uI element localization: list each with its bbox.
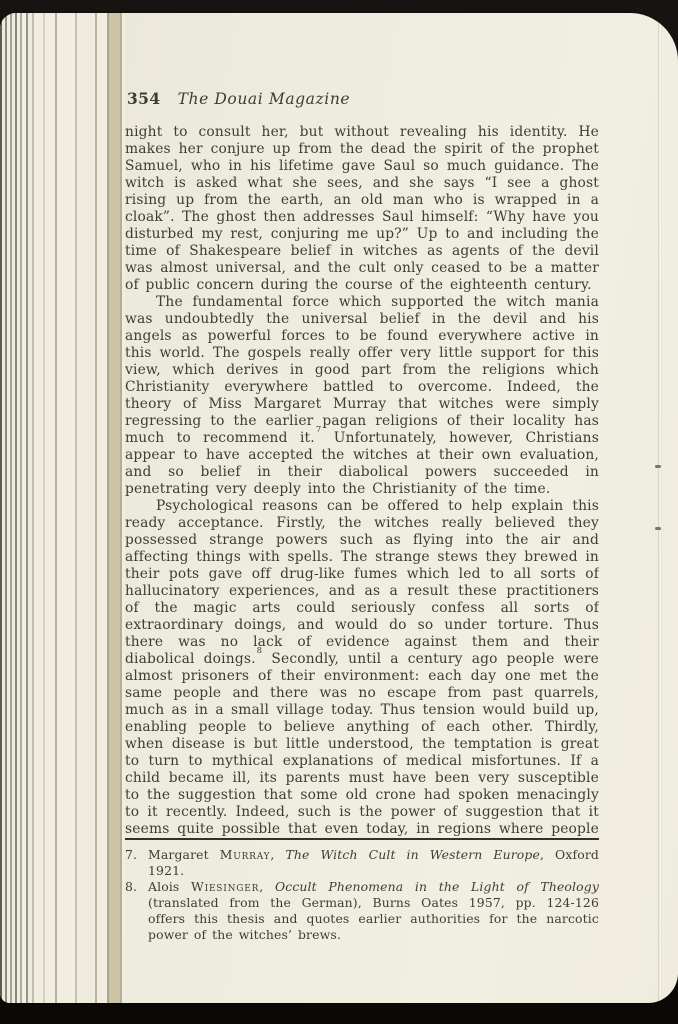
- paragraph-3: Psychological reasons can be offered to …: [125, 498, 599, 840]
- paragraph-2-text-before: The fundamental force which supported th…: [125, 294, 599, 446]
- footnote-item-8: 8. Alois Wiesinger, Occult Phenomena in …: [125, 879, 599, 943]
- paragraph-3-text-before: Psychological reasons can be offered to …: [125, 498, 599, 667]
- body-text: night to consult her, but without reveal…: [125, 124, 599, 840]
- footnote-ref-8: 8: [257, 646, 263, 656]
- magazine-title: The Douai Magazine: [178, 90, 351, 108]
- page-edge-crease: [658, 13, 662, 1003]
- paragraph-1: night to consult her, but without reveal…: [125, 124, 599, 294]
- footnote-7-separator: ,: [270, 847, 285, 862]
- footnote-8-author-pre: Alois: [148, 879, 191, 894]
- footnote-number-7: 7.: [125, 847, 137, 863]
- footnote-7-work-title: The Witch Cult in Western Europe: [285, 847, 540, 862]
- paragraph-3-text-after: Secondly, until a century ago people wer…: [125, 651, 599, 840]
- scanned-book-photo: 354The Douai Magazine night to consult h…: [0, 0, 678, 1024]
- footnote-7-author-pre: Margaret: [148, 847, 220, 862]
- footnote-rule: [125, 838, 599, 840]
- page-binding-edge: [0, 13, 125, 1003]
- footnote-ref-7: 7: [316, 425, 322, 435]
- stitch-mark-top: [655, 465, 661, 468]
- footnote-8-rest: (translated from the German), Burns Oate…: [148, 895, 599, 942]
- running-header: 354The Douai Magazine: [127, 89, 350, 108]
- footnote-8-author-smallcaps: Wiesinger: [191, 879, 259, 894]
- footnote-7-author-smallcaps: Murray: [220, 847, 271, 862]
- book-page: 354The Douai Magazine night to consult h…: [0, 13, 678, 1003]
- footnote-text-7: Margaret Murray, The Witch Cult in Weste…: [148, 847, 599, 878]
- footnote-number-8: 8.: [125, 879, 137, 895]
- page-number: 354: [127, 89, 161, 108]
- footnote-item-7: 7. Margaret Murray, The Witch Cult in We…: [125, 847, 599, 879]
- footnote-8-work-title: Occult Phenomena in the Light of Theolog…: [275, 879, 599, 894]
- paragraph-2: The fundamental force which supported th…: [125, 294, 599, 498]
- footnote-list: 7. Margaret Murray, The Witch Cult in We…: [125, 847, 599, 942]
- stitch-mark-bottom: [655, 527, 661, 530]
- footnote-8-separator: ,: [259, 879, 275, 894]
- footnote-text-8: Alois Wiesinger, Occult Phenomena in the…: [148, 879, 599, 942]
